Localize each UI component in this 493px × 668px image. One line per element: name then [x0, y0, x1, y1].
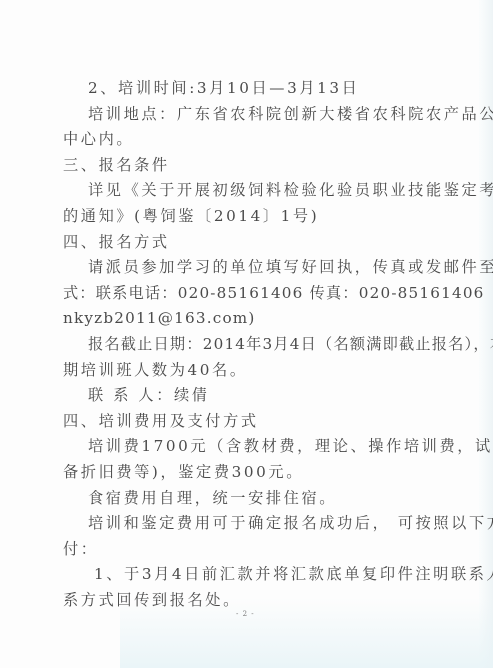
class-size-line: 期培训班人数为40名。 — [63, 358, 425, 384]
requirements-line: 详见《关于开展初级饲料检验化验员职业技能鉴定考评工作 — [63, 178, 425, 204]
registration-line: 请派员参加学习的单位填写好回执，传真或发邮件至以下方 — [63, 255, 425, 281]
requirements-cont: 的通知》(粤饲鉴〔2014〕1号) — [63, 204, 425, 230]
payment-line: 培训和鉴定费用可于确定报名成功后， 可按照以下方式支 — [63, 511, 425, 537]
contact-person-line: 联 系 人：续倩 — [63, 383, 425, 409]
training-fee-cont: 备折旧费等)，鉴定费300元。 — [63, 460, 425, 486]
training-location-cont: 中心内。 — [63, 127, 425, 153]
section-heading-registration: 四、报名方式 — [63, 230, 425, 256]
contact-email-line: nkyzb2011@163.com) — [63, 306, 425, 332]
section-heading-fees: 四、培训费用及支付方式 — [63, 409, 425, 435]
page-number: - 2 - — [236, 610, 255, 618]
training-fee-line: 培训费1700元（含教材费，理论、操作培训费，试剂、设 — [63, 434, 425, 460]
document-page: 2、培训时间:3月10日—3月13日 培训地点：广东省农科院创新大楼省农科院农产… — [63, 76, 425, 613]
contact-phone-fax-line: 式：联系电话：020-85161406 传真：020-85161406（或发邮件 — [63, 281, 425, 307]
section-heading-requirements: 三、报名条件 — [63, 153, 425, 179]
payment-method-1-line: 1、于3月4日前汇款并将汇款底单复印件注明联系人、联 — [63, 562, 425, 588]
training-location-line: 培训地点：广东省农科院创新大楼省农科院农产品公共监测 — [63, 102, 425, 128]
deadline-line: 报名截止日期：2014年3月4日（名额满即截止报名），本 — [63, 332, 425, 358]
training-time-line: 2、培训时间:3月10日—3月13日 — [63, 76, 425, 102]
payment-cont: 付： — [63, 537, 425, 563]
lodging-line: 食宿费用自理，统一安排住宿。 — [63, 486, 425, 512]
